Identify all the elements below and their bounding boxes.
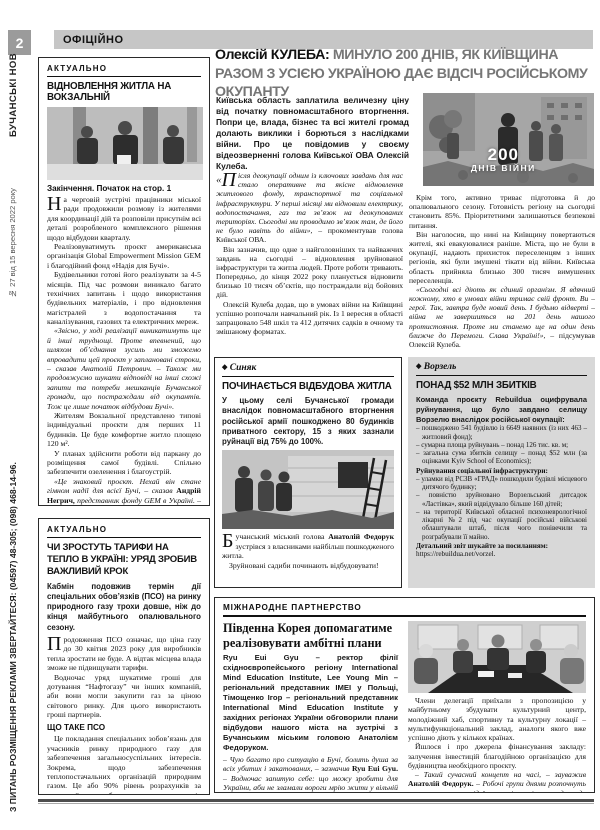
list-item: – повністю зруйновано Ворзельський дитса… xyxy=(416,491,587,508)
photo-meeting-table xyxy=(47,107,203,180)
quote-paragraph: – Чую багато про ситуацію в Бучі, болить… xyxy=(223,755,398,793)
quote-paragraph: «Після деокупації одним із ключових завд… xyxy=(216,171,403,245)
paragraph: Члени делегації приїхали з пропозицією у… xyxy=(408,696,586,742)
newspaper-page: 2 БУЧАНСЬКІ НОВИНИ № 27 від 15 вересня 2… xyxy=(0,0,600,830)
paragraph: Він наголосив, що нині на Київщину повер… xyxy=(409,230,595,285)
overlay-days-label: ДНІВ ВІЙНИ xyxy=(471,164,536,173)
main-body-col2: Крім того, активно триває підготовка й д… xyxy=(409,193,595,355)
list-item: – сумарна площа руйнувань – понад 126 ти… xyxy=(416,441,587,449)
synyak-title: ПОЧИНАЄТЬСЯ ВІДБУДОВА ЖИТЛА xyxy=(222,381,394,392)
location-name: Ворзель xyxy=(424,362,457,372)
main-body-col1: «Після деокупації одним із ключових завд… xyxy=(216,171,403,355)
list-item: – на території Київської обласної психон… xyxy=(416,508,587,541)
dropcap: П xyxy=(222,171,238,188)
paragraph-text: родовження ПСО означає, що ціна газу до … xyxy=(47,635,201,672)
quote-paragraph: «Сьогодні всі діють як єдиний організм. … xyxy=(409,285,595,349)
vorzel-lead: Команда проєкту Rebuildua оцифрувала руй… xyxy=(416,395,587,424)
paragraph: Бучанський міський голова Анатолій Федор… xyxy=(222,532,394,560)
quote-text: – Водночас запитую себе: що можу зробити… xyxy=(223,774,398,793)
bottom-rule xyxy=(38,799,594,804)
paragraph: На черговій зустрічі працівники міської … xyxy=(47,195,201,242)
page-number: 2 xyxy=(8,30,31,55)
paragraph-text: а черговій зустрічі працівники міської р… xyxy=(47,195,201,242)
quote-paragraph: – Такий сучасний концепт на часі, – заув… xyxy=(408,770,586,793)
list-item: – уламки від РСЗВ «ГРАД» пошкодили будів… xyxy=(416,475,587,492)
diamond-icon: ◆ xyxy=(416,362,421,370)
paragraph: Будівельники готові його реалізувати за … xyxy=(47,270,201,326)
subheading: ЩО ТАКЕ ПСО xyxy=(47,723,201,732)
paragraph: У планах здійснити роботи від паркану до… xyxy=(47,449,201,477)
article-taryfy-title: ЧИ ЗРОСТУТЬ ТАРИФИ НА ТЕПЛО В УКРАЇНІ: У… xyxy=(47,542,201,578)
person-name: Ryu Eui Gyu. xyxy=(352,764,398,773)
paragraph: Він зазначив, що одне з найголовніших та… xyxy=(216,245,403,300)
report-link[interactable]: https://rebuildua.net/vorzel. xyxy=(416,550,587,558)
photo-damaged-house-art xyxy=(222,450,394,529)
dropcap: Н xyxy=(47,195,63,212)
paragraph-text: зустрівся з власниками найбільш пошкодже… xyxy=(222,542,394,560)
masthead-vertical: БУЧАНСЬКІ НОВИНИ xyxy=(8,53,26,137)
paragraph: Реалізовуватимуть проєкт американська ор… xyxy=(47,242,201,270)
location-badge: ◆ Синяк xyxy=(222,363,394,377)
paragraph: Йшлося і про джерела фінансування заклад… xyxy=(408,742,586,770)
paragraph: Олексій Кулеба додав, що в умовах війни … xyxy=(216,300,403,337)
article-vokzalna: АКТУАЛЬНО ВІДНОВЛЕННЯ ЖИТЛА НА ВОКЗАЛЬНІ… xyxy=(38,57,210,506)
paragraph: Крім того, активно триває підготовка й д… xyxy=(409,193,595,230)
synyak-lead: У цьому селі Бучанської громади внаслідо… xyxy=(222,396,394,447)
headline-name: Олексій КУЛЕБА: xyxy=(215,47,333,63)
article-label: АКТУАЛЬНО xyxy=(47,64,201,77)
diamond-icon: ◆ xyxy=(222,363,227,371)
ad-contact-vertical: З ПИТАНЬ РОЗМІЩЕННЯ РЕКЛАМИ ЗВЕРТАЙТЕСЯ:… xyxy=(8,388,26,812)
quote-paragraph: «Звісно, у ході реалізації виникатимуть … xyxy=(47,326,201,411)
partnership-title: Південна Корея допомагатиме реалізовуват… xyxy=(223,621,398,650)
list-item: – пошкоджено 541 будівлю із 6649 наявних… xyxy=(416,424,587,441)
person-name: Анатолій Федорук xyxy=(328,532,394,541)
damage-subheading: Руйнування соціальної інфраструктури: xyxy=(416,467,587,475)
vorzel-box: ◆ Ворзель ПОНАД $52 МЛН ЗБИТКІВ Команда … xyxy=(408,357,595,588)
person-name: Анатолій Федорук. xyxy=(408,779,474,788)
article-taryfy: АКТУАЛЬНО ЧИ ЗРОСТУТЬ ТАРИФИ НА ТЕПЛО В … xyxy=(38,518,210,795)
quote-paragraph: «Це знаковий проєкт. Нехай він стане гім… xyxy=(47,477,201,506)
partnership-right-column: Члени делегації приїхали з пропозицією у… xyxy=(408,621,586,793)
partnership-label: МІЖНАРОДНЕ ПАРТНЕРСТВО xyxy=(223,603,586,617)
overlay-days-count: 200 xyxy=(471,146,536,164)
article-lead: Кабмін подовжив термін дії спеціальних о… xyxy=(47,582,201,633)
photo-damaged-house xyxy=(222,450,394,529)
photo-delegation-meeting xyxy=(408,621,586,693)
paragraph: Продовження ПСО означає, що ціна газу до… xyxy=(47,635,201,673)
damage-list: – пошкоджено 541 будівлю із 6649 наявних… xyxy=(416,424,587,559)
partnership-box: МІЖНАРОДНЕ ПАРТНЕРСТВО Південна Корея до… xyxy=(214,597,595,793)
paragraph: Це покладання спеціальних зобов’язань дл… xyxy=(47,734,201,795)
vorzel-title: ПОНАД $52 МЛН ЗБИТКІВ xyxy=(416,380,587,391)
issue-info-vertical: № 27 від 15 вересня 2022 року xyxy=(8,136,26,298)
paragraph: Жителям Вокзальної представлено типові і… xyxy=(47,411,201,449)
continuation-note: Закінчення. Початок на стор. 1 xyxy=(47,184,201,193)
paragraph-text: учанський міський голова xyxy=(235,532,328,541)
paragraph: Водночас уряд шукатиме гроші для дотуван… xyxy=(47,673,201,720)
partnership-left-column: Південна Корея допомагатиме реалізовуват… xyxy=(223,621,398,793)
list-item: – загальна сума збитків селищу – понад $… xyxy=(416,449,587,466)
dropcap: Б xyxy=(222,532,235,549)
photo-meeting-table-art xyxy=(47,107,203,180)
photo-overlay: 200 ДНІВ ВІЙНИ xyxy=(471,146,536,173)
article-vokzalna-title: ВІДНОВЛЕННЯ ЖИТЛА НА ВОКЗАЛЬНІЙ xyxy=(47,81,201,103)
dropcap: П xyxy=(47,635,63,652)
partnership-columns: Південна Корея допомагатиме реалізовуват… xyxy=(223,621,586,793)
synyak-box: ◆ Синяк ПОЧИНАЄТЬСЯ ВІДБУДОВА ЖИТЛА У ць… xyxy=(214,357,402,588)
location-badge: ◆ Ворзель xyxy=(416,362,587,376)
paragraph: Зруйновані садиби починають відбудовуват… xyxy=(222,561,394,570)
report-label: Детальний звіт шукайте за посиланням: xyxy=(416,542,587,550)
article-label: АКТУАЛЬНО xyxy=(47,525,201,538)
photo-200-days: 200 ДНІВ ВІЙНИ xyxy=(423,93,594,186)
location-name: Синяк xyxy=(230,363,257,373)
quote-text: – Такий сучасний концепт на часі, – заув… xyxy=(415,770,586,779)
main-lead: Київська область заплатила величезну цін… xyxy=(216,95,409,171)
partnership-lead: Ryu Eui Gyu – ректор філії східноєвропей… xyxy=(223,653,398,753)
photo-delegation-meeting-art xyxy=(408,621,586,693)
